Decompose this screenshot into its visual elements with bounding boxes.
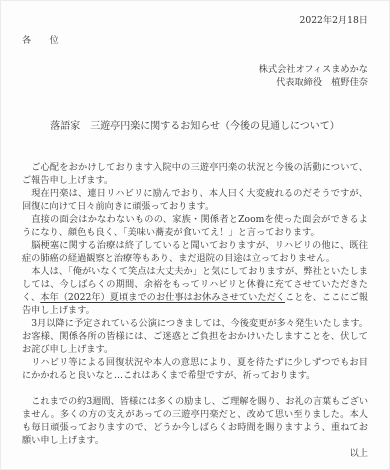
paragraph-rehab-status: 現在円楽は、連日リハビリに励んでおり、本人曰く大変疲れるのだそうですが、回復に向… xyxy=(22,187,368,213)
document-date: 2022年2月18日 xyxy=(22,14,368,27)
document-body: ご心配をおかけしております入院中の三遊亭円楽の状況と今後の活動について、ご報告申… xyxy=(22,161,368,447)
addressee: 各 位 xyxy=(22,34,368,47)
document-page: 2022年2月18日 各 位 株式会社オフィスまめかな 代表取締役 植野佳奈 落… xyxy=(0,0,390,470)
paragraph-work-break: 本人は、「俺がいなくて笑点は大丈夫か」と気にしておりますが、弊社といたしましては… xyxy=(22,265,368,317)
document-title: 落語家 三遊亭円楽に関するお知らせ（今後の見通しについて） xyxy=(22,120,368,134)
paragraph-report-intro: ご心配をおかけしております入院中の三遊亭円楽の状況と今後の活動について、ご報告申… xyxy=(22,161,368,187)
paragraph-thanks: これまでの約3週間、皆様には多くの励まし、ご理解を賜り、お礼の言葉もございません… xyxy=(22,395,368,447)
closing-ijou: 以上 xyxy=(22,447,368,460)
paragraph-work-break-underlined: 本年（2022年）夏頃までのお仕事はお休みさせていただく xyxy=(40,292,285,303)
sender-block: 株式会社オフィスまめかな 代表取締役 植野佳奈 xyxy=(22,63,368,89)
paragraph-zoom-visits: 直接の面会はかなわないものの、家族・関係者とZoomを使った面会ができるようにな… xyxy=(22,213,368,239)
company-name: 株式会社オフィスまめかな xyxy=(22,63,368,76)
paragraph-medical-status: 脳梗塞に関する治療は終了していると聞いておりますが、リハビリの他に、既往症の肺癌… xyxy=(22,239,368,265)
paragraph-hope: リハビリ等による回復状況や本人の意思により、夏を待たずに少しずつでもお目にかかれ… xyxy=(22,356,368,382)
paragraph-schedule-changes: 3月以降に予定されている公演につきましては、今後変更が多々発生いたします。お客様… xyxy=(22,317,368,356)
signer-name: 代表取締役 植野佳奈 xyxy=(22,76,368,89)
